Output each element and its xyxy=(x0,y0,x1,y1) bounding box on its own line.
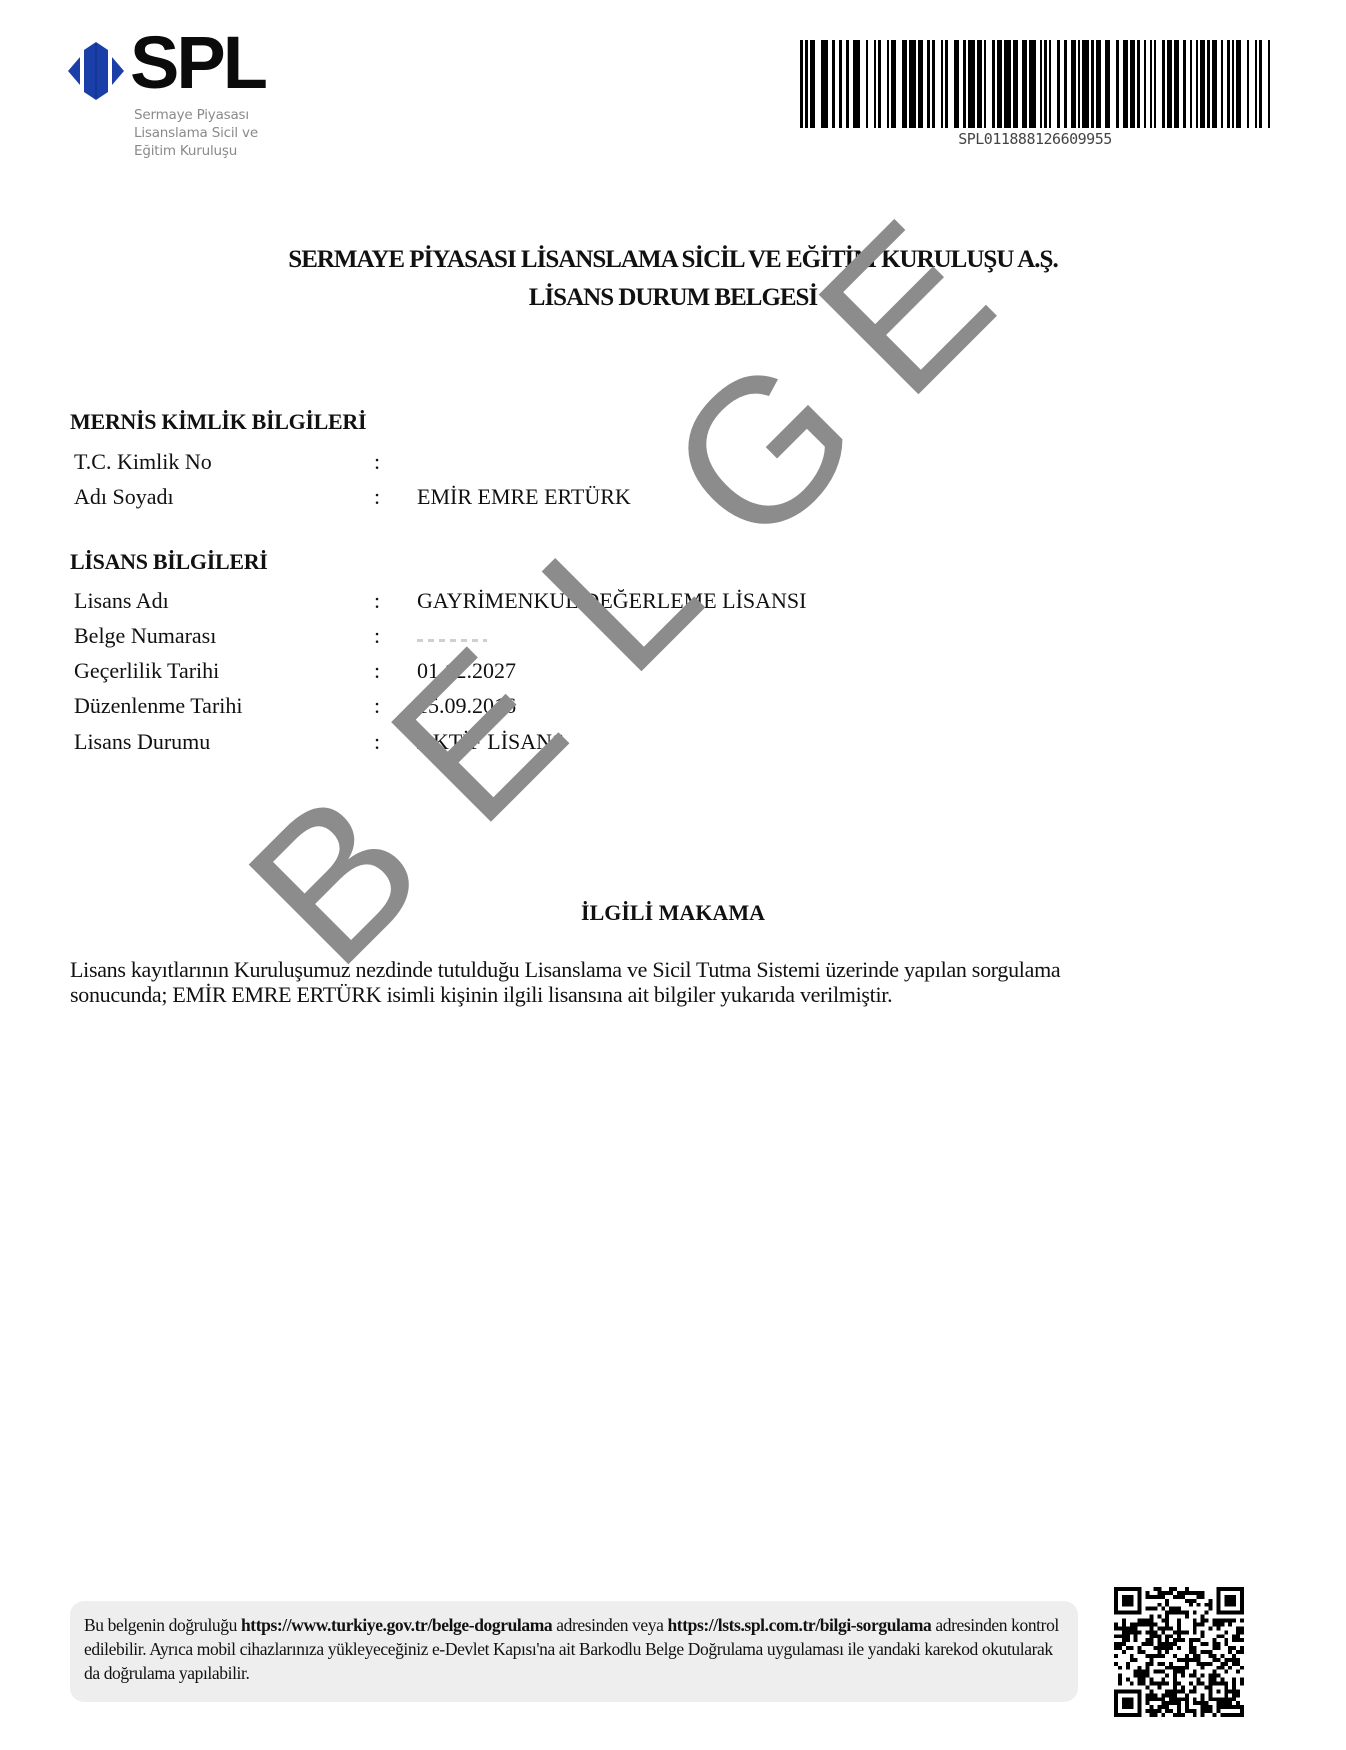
row-colon: : xyxy=(374,727,380,757)
row-colon: : xyxy=(374,482,380,512)
logo-wordmark: SPL xyxy=(130,26,265,100)
barcode-number: SPL011888126609955 xyxy=(800,130,1270,148)
spl-verification-link[interactable]: https://lsts.spl.com.tr/bilgi-sorgulama xyxy=(667,1615,931,1635)
redacted-value xyxy=(417,621,487,651)
row-label: Düzenlenme Tarihi xyxy=(74,691,374,721)
row-value: EMİR EMRE ERTÜRK xyxy=(417,482,631,512)
row-label: Adı Soyadı xyxy=(74,482,374,512)
row-label: Geçerlilik Tarihi xyxy=(74,656,374,686)
license-section-heading: LİSANS BİLGİLERİ xyxy=(70,549,268,575)
row-value: 15.09.2016 xyxy=(417,691,516,721)
paragraph-line: Lisans kayıtlarının Kuruluşumuz nezdinde… xyxy=(70,957,1270,982)
spl-logo-mark-icon xyxy=(68,42,124,100)
addressee-heading: İLGİLİ MAKAMA xyxy=(0,900,1346,926)
row-label: Belge Numarası xyxy=(74,621,374,651)
spl-logo: SPL Sermaye Piyasası Lisanslama Sicil ve… xyxy=(68,38,308,168)
paragraph-line: sonucunda; EMİR EMRE ERTÜRK isimli kişin… xyxy=(70,982,1270,1007)
mernis-section-heading: MERNİS KİMLİK BİLGİLERİ xyxy=(70,409,366,435)
institution-title: SERMAYE PİYASASI LİSANSLAMA SİCİL VE EĞİ… xyxy=(0,246,1346,274)
row-colon: : xyxy=(374,656,380,686)
row-label: Lisans Durumu xyxy=(74,727,374,757)
row-colon: : xyxy=(374,447,380,477)
row-label: Lisans Adı xyxy=(74,586,374,616)
row-colon: : xyxy=(374,586,380,616)
row-colon: : xyxy=(374,691,380,721)
qr-code-icon xyxy=(1114,1587,1244,1717)
row-value: AKTİF LİSANS xyxy=(417,727,564,757)
row-label: T.C. Kimlik No xyxy=(74,447,374,477)
logo-subtitle: Sermaye Piyasası Lisanslama Sicil ve Eği… xyxy=(134,106,258,160)
row-value: GAYRİMENKUL DEĞERLEME LİSANSI xyxy=(417,586,806,616)
svg-text:G: G xyxy=(625,313,900,588)
turkiye-verification-link[interactable]: https://www.turkiye.gov.tr/belge-dogrula… xyxy=(241,1615,552,1635)
verification-text: Bu belgenin doğruluğu https://www.turkiy… xyxy=(84,1613,1064,1685)
document-title: LİSANS DURUM BELGESİ xyxy=(0,284,1346,312)
addressee-paragraph: Lisans kayıtlarının Kuruluşumuz nezdinde… xyxy=(70,957,1270,1007)
row-colon: : xyxy=(374,621,380,651)
barcode-icon xyxy=(800,40,1270,128)
row-value: 01.12.2027 xyxy=(417,656,516,686)
verification-notice: Bu belgenin doğruluğu https://www.turkiy… xyxy=(70,1601,1078,1702)
